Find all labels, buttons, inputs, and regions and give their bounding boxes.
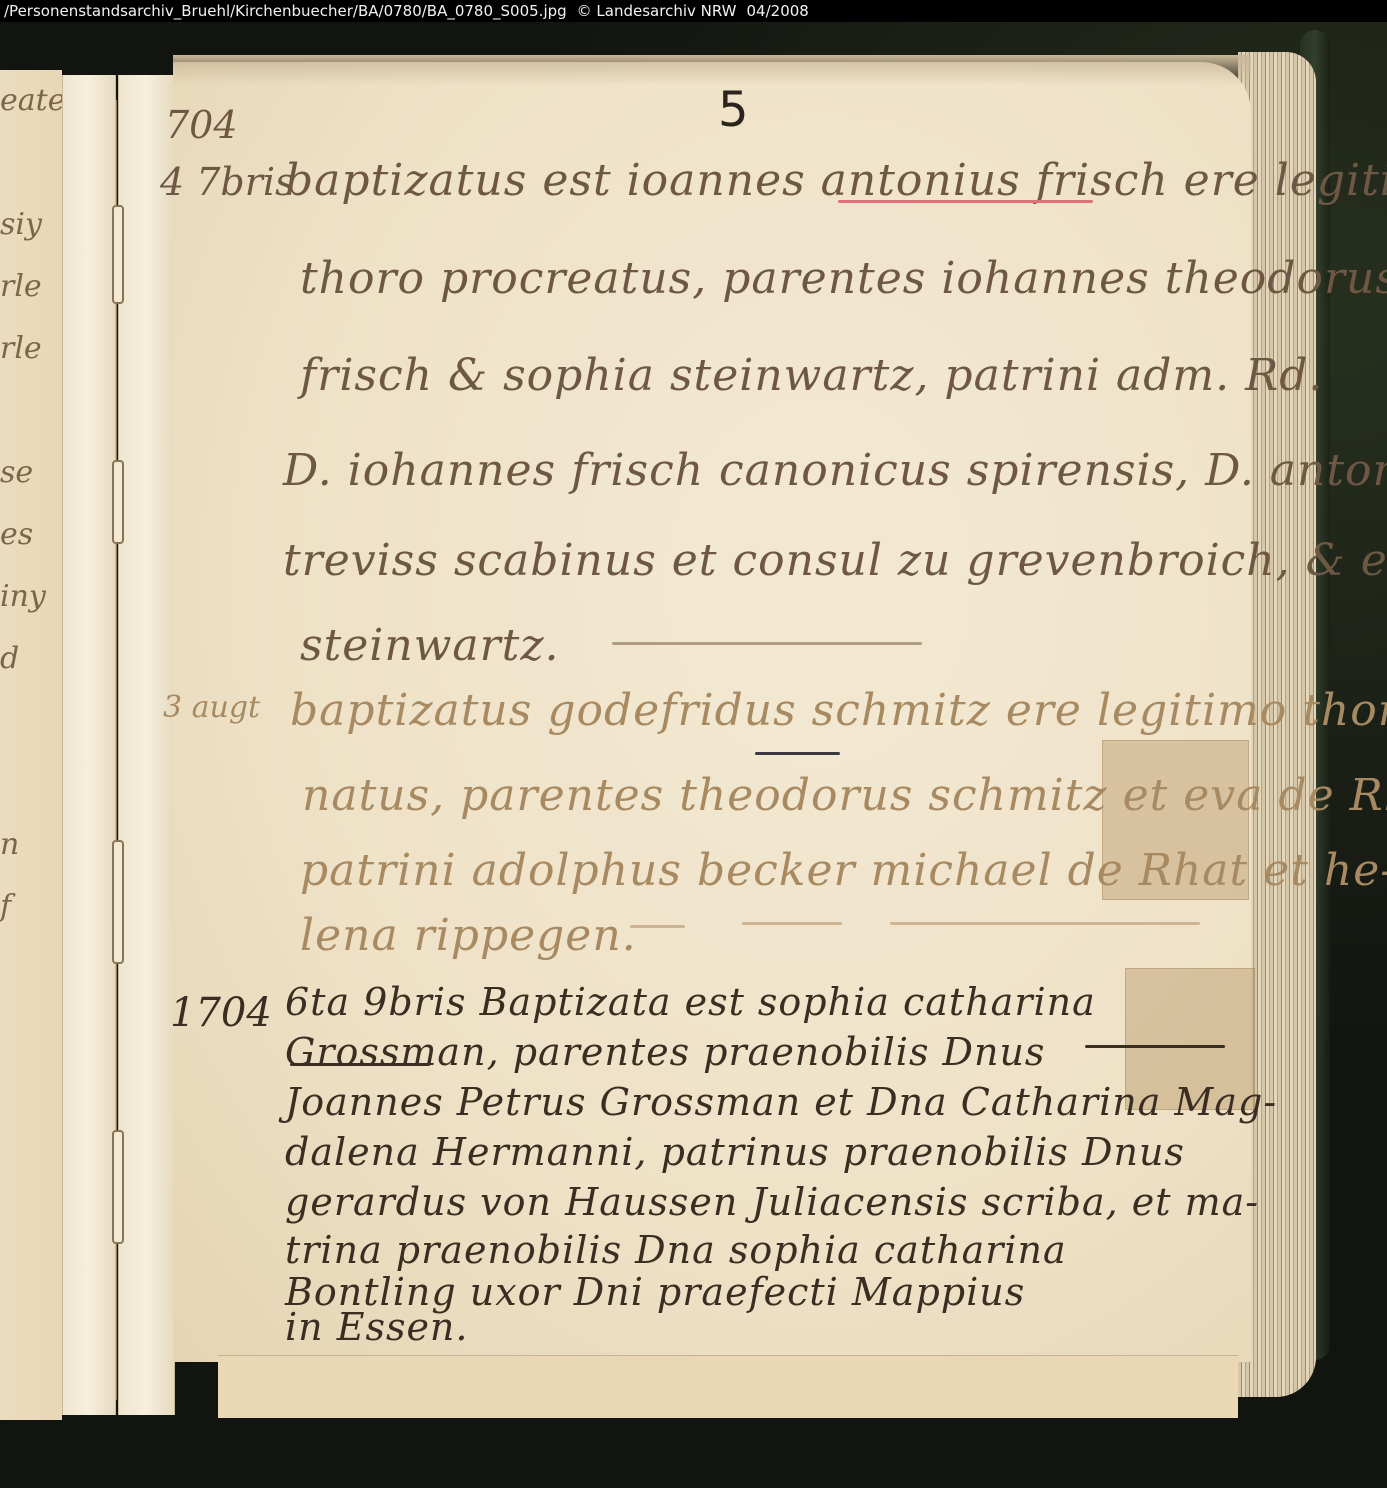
scan-date: 04/2008: [747, 2, 809, 20]
entry-2-line-4: lena rippegen.: [300, 910, 637, 961]
entry-3-line-1: 6ta 9bris Baptizata est sophia catharina: [285, 980, 1096, 1024]
dark-underline: [290, 1063, 430, 1066]
separator-line: [630, 925, 685, 928]
binding-strip-right: [118, 75, 175, 1415]
binding-stitch: [112, 205, 124, 304]
page-stain: [173, 55, 1251, 85]
entry-1-line-6: steinwartz.: [300, 620, 560, 671]
copyright-notice: © Landesarchiv NRW: [577, 2, 737, 20]
page-number: 5: [718, 82, 749, 138]
left-page-handwriting: eate siy rle rle se es iny d n f: [0, 70, 62, 1370]
entry-3-line-5: gerardus von Haussen Juliacensis scriba,…: [285, 1180, 1259, 1224]
repair-strip-bottom: [218, 1355, 1238, 1418]
entry-3-line-4: dalena Hermanni, patrinus praenobilis Dn…: [285, 1130, 1185, 1174]
margin-year: 704: [165, 103, 238, 147]
entry-1-line-5: treviss scabinus et consul zu grevenbroi…: [283, 535, 1387, 586]
separator-line: [612, 642, 922, 645]
binding-stitch: [112, 840, 124, 964]
entry-2-line-3: patrini adolphus becker michael de Rhat …: [300, 845, 1387, 896]
entry-2-line-1: baptizatus godefridus schmitz ere legiti…: [290, 685, 1387, 736]
entry-3-line-3: Joannes Petrus Grossman et Dna Catharina…: [285, 1080, 1277, 1124]
separator-line: [742, 922, 842, 925]
image-caption-bar: /Personenstandsarchiv_Bruehl/Kirchenbuec…: [0, 0, 1387, 22]
margin-year: 1704: [170, 990, 272, 1036]
margin-date: 4 7bris: [160, 160, 295, 204]
dark-underline: [755, 752, 840, 755]
binding-stitch: [112, 1130, 124, 1244]
entry-1-line-1: baptizatus est ioannes antonius frisch e…: [285, 155, 1387, 206]
separator-line: [890, 922, 1200, 925]
file-path: /Personenstandsarchiv_Bruehl/Kirchenbuec…: [4, 2, 567, 20]
strike-through: [1085, 1045, 1225, 1048]
binding-strip-left: [62, 75, 116, 1415]
binding-stitch: [112, 460, 124, 544]
entry-1-line-2: thoro procreatus, parentes iohannes theo…: [300, 253, 1387, 304]
entry-2-line-2: natus, parentes theodorus schmitz et eva…: [302, 770, 1387, 821]
margin-date: 3 augt: [163, 690, 260, 725]
red-underline: [838, 200, 1093, 203]
entry-3-line-6: trina praenobilis Dna sophia catharina: [285, 1228, 1067, 1272]
entry-3-line-2: Grossman, parentes praenobilis Dnus: [285, 1030, 1045, 1074]
entry-3-line-8: in Essen.: [285, 1305, 469, 1349]
entry-1-line-4: D. iohannes frisch canonicus spirensis, …: [283, 445, 1387, 496]
entry-1-line-3: frisch & sophia steinwartz, patrini adm.…: [300, 350, 1323, 401]
